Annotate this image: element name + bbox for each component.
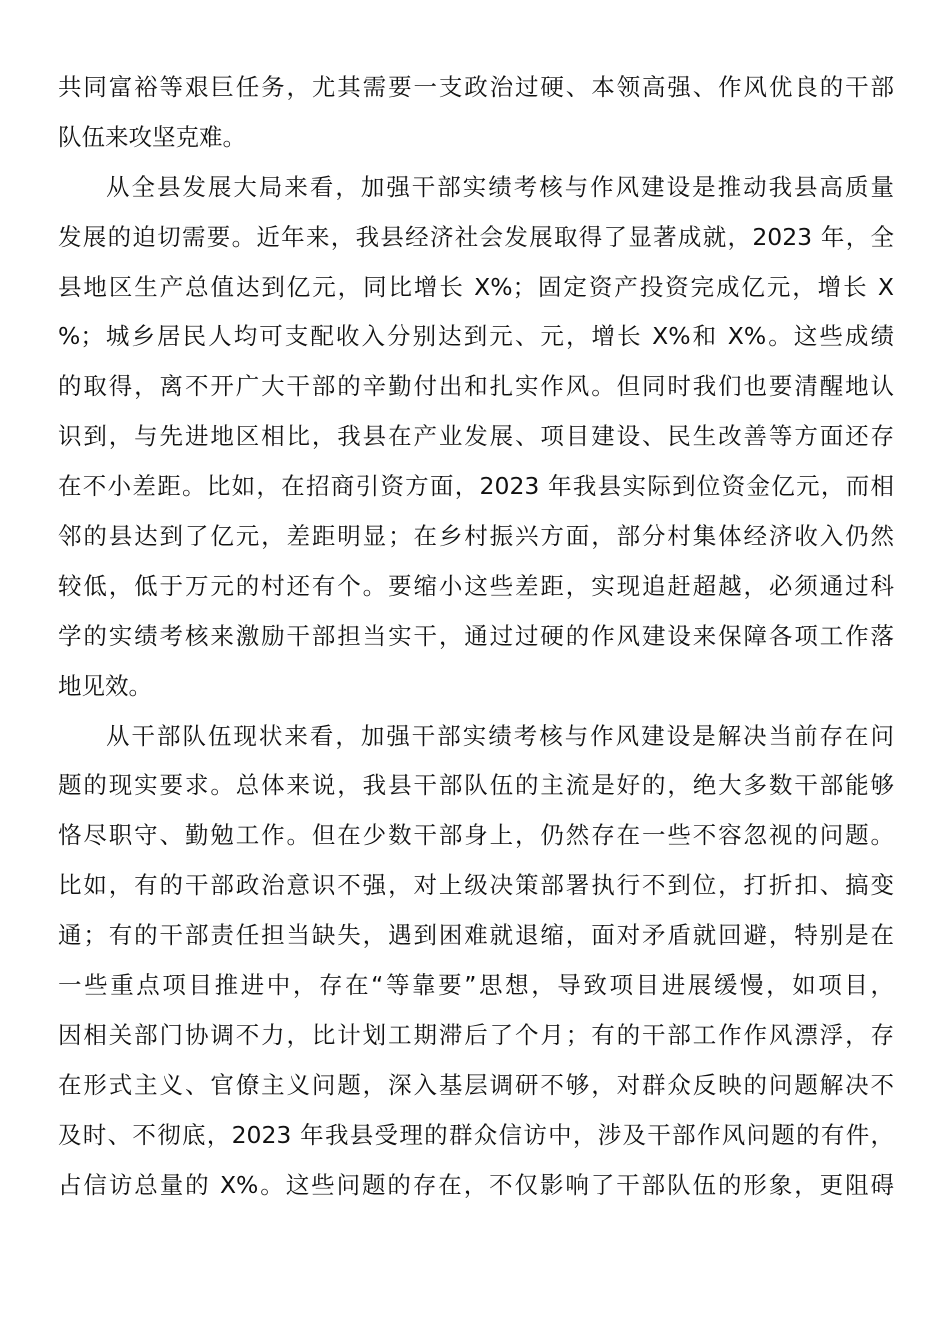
- text-line: 队伍来攻坚克难。: [58, 113, 894, 163]
- text-line: 较低，低于万元的村还有个。要缩小这些差距，实现追赶超越，必须通过科: [58, 562, 894, 612]
- text-line: 通；有的干部责任担当缺失，遇到困难就退缩，面对矛盾就回避，特别是在: [58, 911, 894, 961]
- text-line: 一些重点项目推进中，存在“等靠要”思想，导致项目进展缓慢，如项目，: [58, 961, 894, 1011]
- text-line: 题的现实要求。总体来说，我县干部队伍的主流是好的，绝大多数干部能够: [58, 761, 894, 811]
- text-line: 及时、不彻底，2023 年我县受理的群众信访中，涉及干部作风问题的有件，: [58, 1111, 894, 1161]
- text-line: 邻的县达到了亿元，差距明显；在乡村振兴方面，部分村集体经济收入仍然: [58, 512, 894, 562]
- text-line: %；城乡居民人均可支配收入分别达到元、元，增长 X%和 X%。这些成绩: [58, 312, 894, 362]
- text-line: 因相关部门协调不力，比计划工期滞后了个月；有的干部工作作风漂浮，存: [58, 1011, 894, 1061]
- text-line: 地见效。: [58, 662, 894, 712]
- text-line: 占信访总量的 X%。这些问题的存在，不仅影响了干部队伍的形象，更阻碍: [58, 1161, 894, 1211]
- text-line: 学的实绩考核来激励干部担当实干，通过过硬的作风建设来保障各项工作落: [58, 612, 894, 662]
- text-line: 发展的迫切需要。近年来，我县经济社会发展取得了显著成就，2023 年，全: [58, 213, 894, 263]
- text-line: 从干部队伍现状来看，加强干部实绩考核与作风建设是解决当前存在问: [58, 712, 894, 762]
- text-line: 共同富裕等艰巨任务，尤其需要一支政治过硬、本领高强、作风优良的干部: [58, 63, 894, 113]
- document-page: 共同富裕等艰巨任务，尤其需要一支政治过硬、本领高强、作风优良的干部 队伍来攻坚克…: [58, 63, 894, 1210]
- text-line: 比如，有的干部政治意识不强，对上级决策部署执行不到位，打折扣、搞变: [58, 861, 894, 911]
- text-line: 在不小差距。比如，在招商引资方面，2023 年我县实际到位资金亿元，而相: [58, 462, 894, 512]
- text-line: 在形式主义、官僚主义问题，深入基层调研不够，对群众反映的问题解决不: [58, 1061, 894, 1111]
- text-line: 的取得，离不开广大干部的辛勤付出和扎实作风。但同时我们也要清醒地认: [58, 362, 894, 412]
- text-line: 县地区生产总值达到亿元，同比增长 X%；固定资产投资完成亿元，增长 X: [58, 263, 894, 313]
- text-line: 从全县发展大局来看，加强干部实绩考核与作风建设是推动我县高质量: [58, 163, 894, 213]
- text-line: 恪尽职守、勤勉工作。但在少数干部身上，仍然存在一些不容忽视的问题。: [58, 811, 894, 861]
- text-line: 识到，与先进地区相比，我县在产业发展、项目建设、民生改善等方面还存: [58, 412, 894, 462]
